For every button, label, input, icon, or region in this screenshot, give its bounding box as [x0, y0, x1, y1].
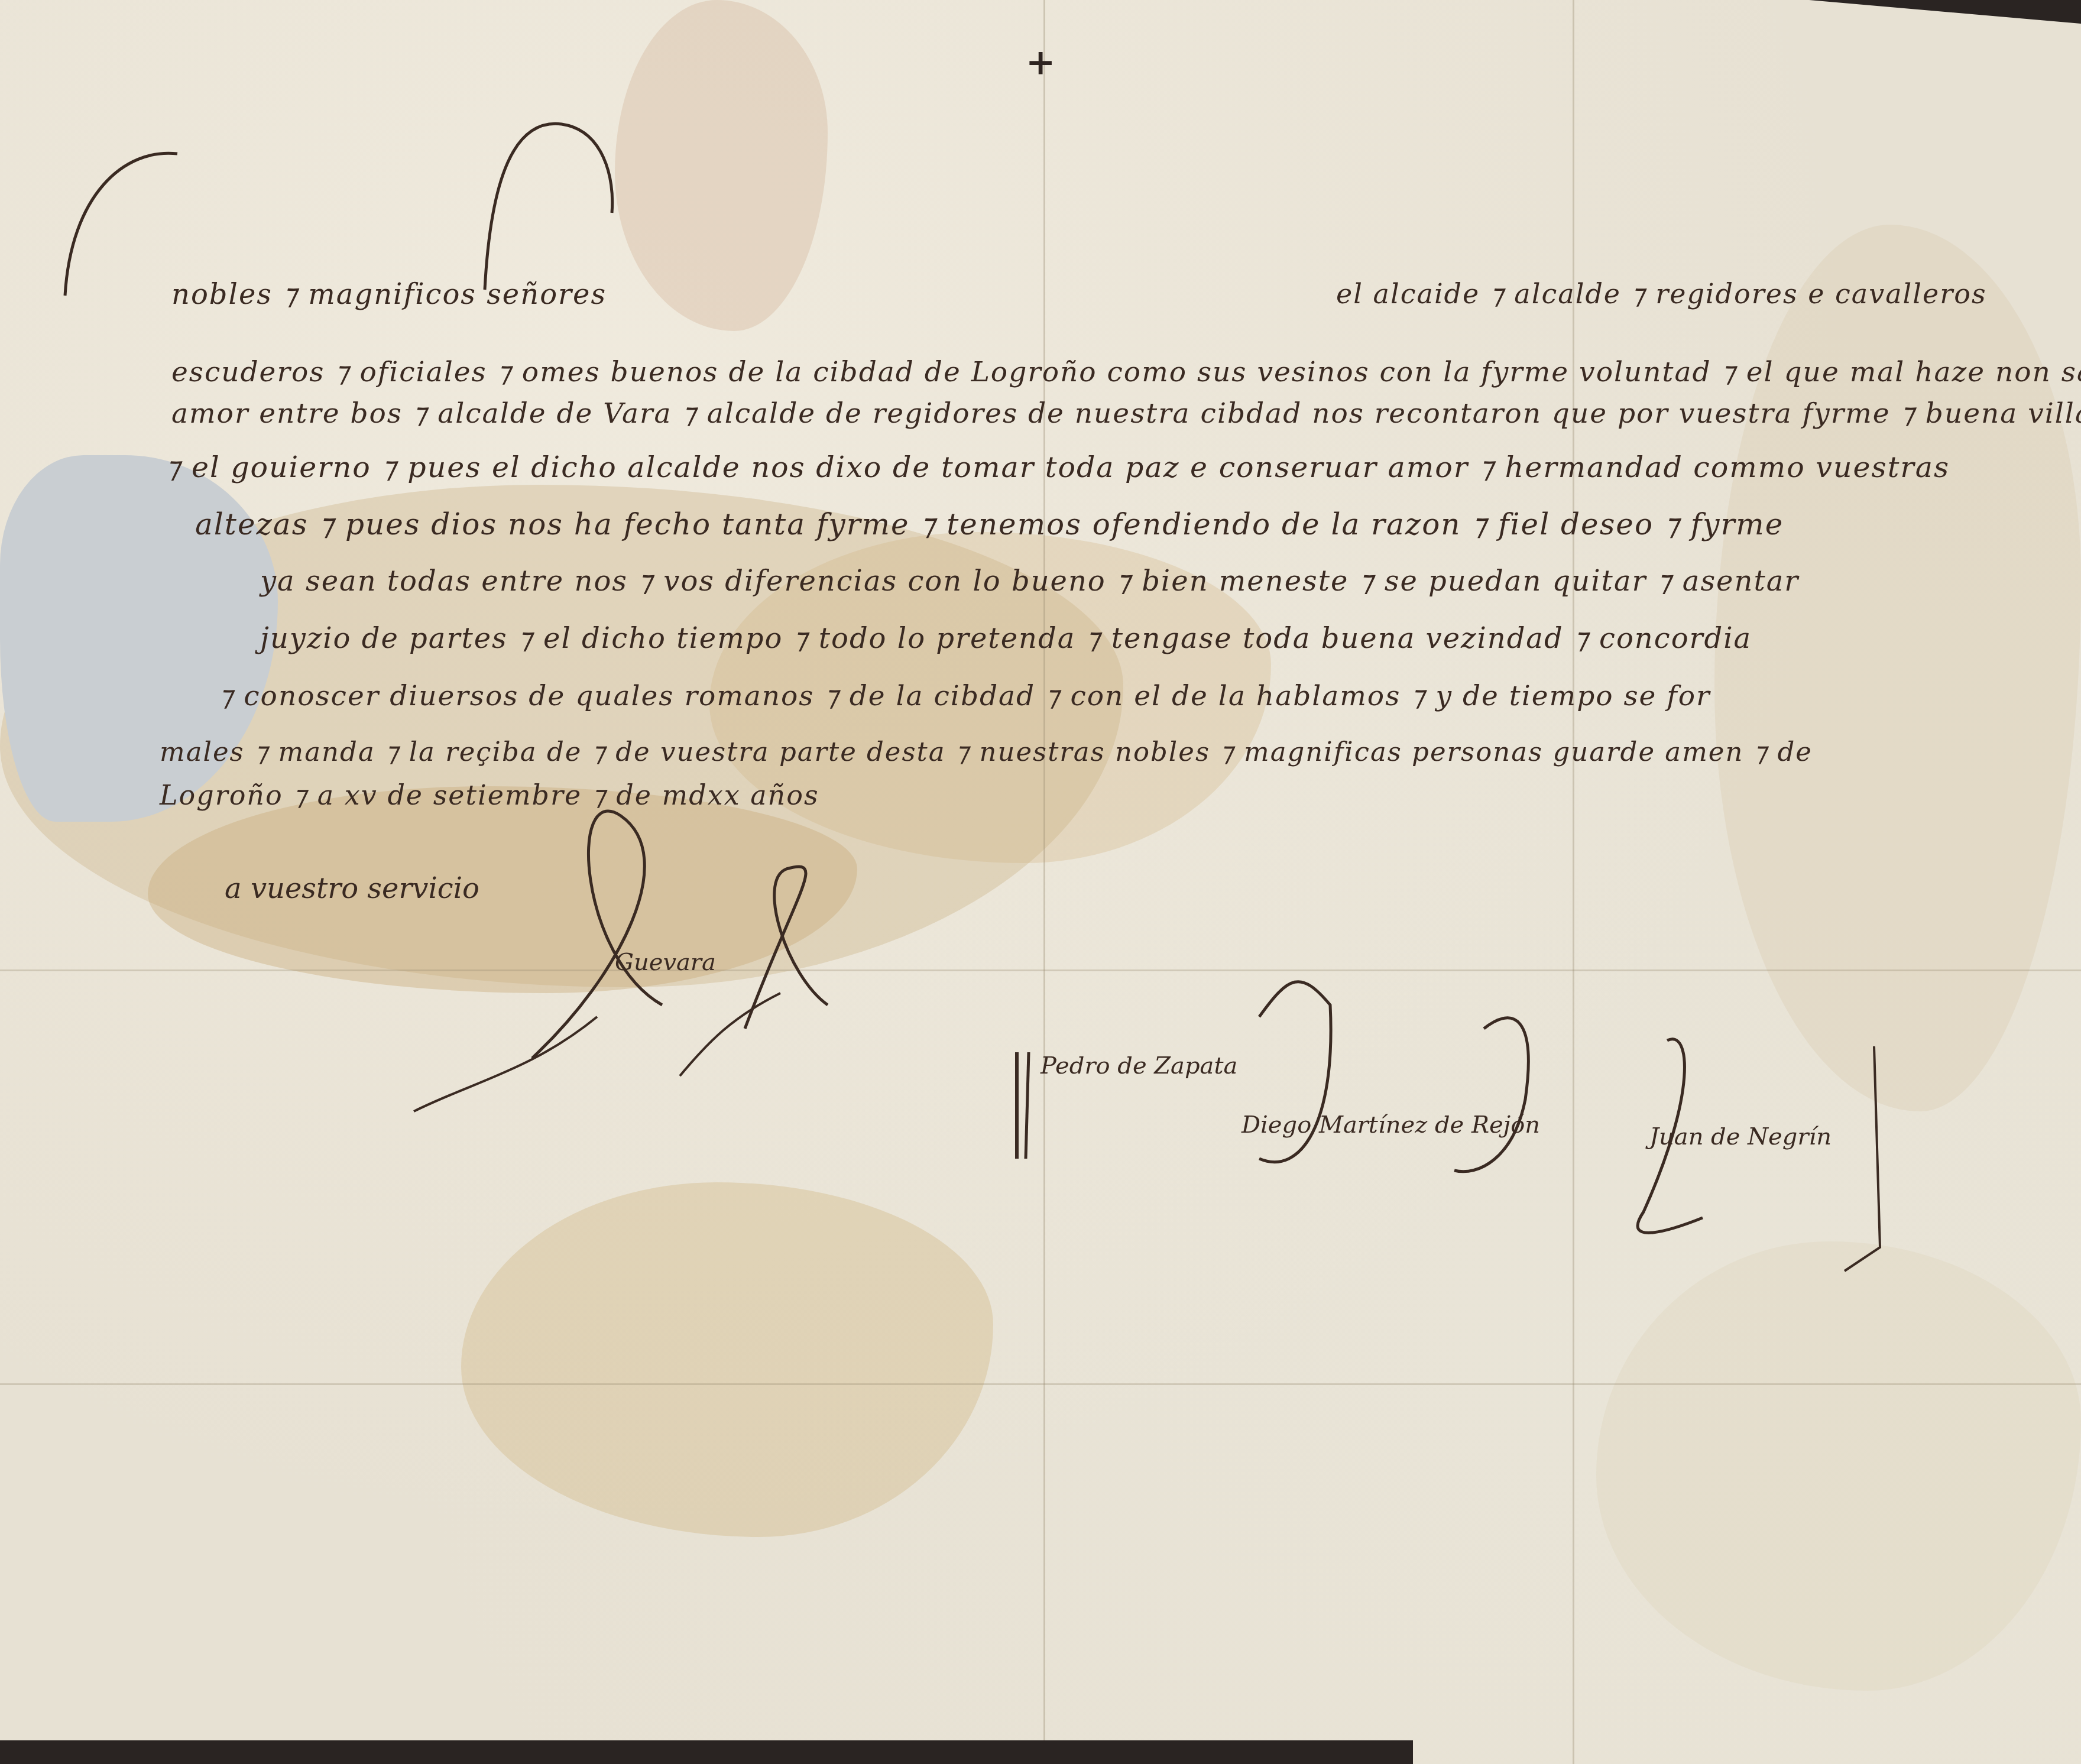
closing-formula: a vuestro servicio	[225, 872, 479, 905]
signature-4: Juan de Negrín	[1649, 1123, 1832, 1150]
header-right: el alcaide ⁊ alcalde ⁊ regidores e caval…	[1336, 278, 1987, 310]
body-line-7: ⁊ conoscer diuersos de quales romanos ⁊ …	[219, 680, 1711, 712]
body-line-2: amor entre bos ⁊ alcalde de Vara ⁊ alcal…	[171, 397, 2081, 430]
body-line-1: escuderos ⁊ oficiales ⁊ omes buenos de l…	[171, 356, 2081, 388]
signature-2: Pedro de Zapata	[1040, 1052, 1237, 1079]
body-line-4: altezas ⁊ pues dios nos ha fecho tanta f…	[195, 507, 1784, 541]
body-line-8: males ⁊ manda ⁊ la reçiba de ⁊ de vuestr…	[160, 736, 1813, 767]
manuscript-page: + nobles ⁊ magnificos señores el alcaide…	[0, 0, 2081, 1764]
body-line-6: juyzio de partes ⁊ el dicho tiempo ⁊ tod…	[260, 622, 1752, 655]
cross-mark: +	[1026, 41, 1055, 83]
salutation: nobles ⁊ magnificos señores	[171, 278, 607, 311]
body-line-3: ⁊ el gouierno ⁊ pues el dicho alcalde no…	[166, 450, 1950, 484]
body-line-9: Logroño ⁊ a xv de setiembre ⁊ de mdxx añ…	[160, 779, 819, 811]
signature-3: Diego Martínez de Rejón	[1242, 1111, 1540, 1139]
signature-guevara: Guevara	[615, 949, 716, 976]
body-line-5: ya sean todas entre nos ⁊ vos diferencia…	[260, 565, 1799, 598]
